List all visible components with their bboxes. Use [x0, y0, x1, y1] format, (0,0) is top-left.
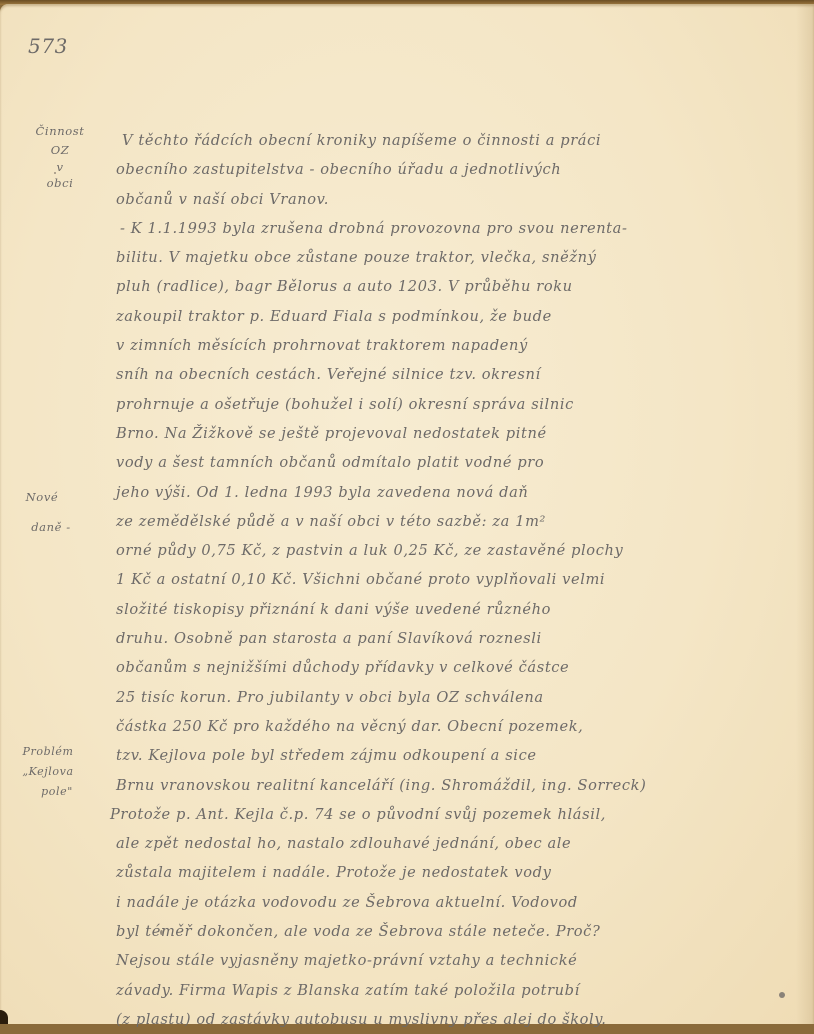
chronicle-body-text: V těchto řádcích obecní kroniky napíšeme…: [116, 126, 736, 1024]
text-line: ze zemědělské půdě a v naší obci v této …: [116, 507, 736, 536]
text-line: v zimních měsících prohrnovat traktorem …: [116, 331, 736, 360]
page-number: 573: [28, 34, 68, 58]
text-line: zakoupil traktor p. Eduard Fiala s podmí…: [116, 302, 736, 331]
margin-note-line: daně -: [2, 512, 82, 542]
margin-note-line: v: [20, 160, 100, 174]
paper-speck: [160, 930, 163, 935]
margin-note-line: Nové: [2, 482, 82, 512]
paper-speck: [779, 992, 785, 998]
margin-note-cinnost: Činnost OZ v obci: [20, 122, 100, 193]
text-line: i nadále je otázka vodovodu ze Šebrova a…: [116, 888, 736, 917]
text-line: Brnu vranovskou realitní kanceláří (ing.…: [116, 771, 736, 800]
text-line: 25 tisíc korun. Pro jubilanty v obci byl…: [116, 683, 736, 712]
text-line: Nejsou stále vyjasněny majetko-právní vz…: [116, 946, 736, 975]
text-line: ale zpět nedostal ho, nastalo zdlouhavé …: [116, 829, 736, 858]
page-edge-shadow: [796, 4, 814, 1024]
text-line: občanům s nejnižšími důchody přídavky v …: [116, 653, 736, 682]
text-line: sníh na obecních cestách. Veřejné silnic…: [116, 360, 736, 389]
text-line: jeho výši. Od 1. ledna 1993 byla zaveden…: [116, 478, 736, 507]
book-corner-shadow: [0, 1010, 8, 1024]
text-line: obecního zastupitelstva - obecního úřadu…: [116, 155, 736, 184]
text-line: (z plastu) od zastávky autobusu u mysliv…: [116, 1005, 736, 1024]
text-line: občanů v naší obci Vranov.: [116, 185, 736, 214]
margin-note-problem-kejlova-pole: Problém „Kejlova pole": [8, 742, 88, 802]
paper-speck: [54, 172, 56, 174]
text-line: složité tiskopisy přiznání k dani výše u…: [116, 595, 736, 624]
margin-note-line: obci: [20, 174, 100, 193]
text-line: Protože p. Ant. Kejla č.p. 74 se o původ…: [110, 800, 736, 829]
text-line: byl téměř dokončen, ale voda ze Šebrova …: [116, 917, 736, 946]
text-line: bilitu. V majetku obce zůstane pouze tra…: [116, 243, 736, 272]
margin-note-nove-dane: Nové daně -: [2, 482, 82, 542]
margin-note-line: OZ: [20, 141, 100, 160]
text-line: pluh (radlice), bagr Bělorus a auto 1203…: [116, 272, 736, 301]
text-line: orné půdy 0,75 Kč, z pastvin a luk 0,25 …: [116, 536, 736, 565]
text-line: zůstala majitelem i nadále. Protože je n…: [116, 858, 736, 887]
text-line: Brno. Na Žižkově se ještě projevoval ned…: [116, 419, 736, 448]
text-line: V těchto řádcích obecní kroniky napíšeme…: [116, 126, 736, 155]
text-line: druhu. Osobně pan starosta a paní Slavík…: [116, 624, 736, 653]
margin-note-line: Problém: [8, 742, 88, 762]
text-line: - K 1.1.1993 byla zrušena drobná provozo…: [116, 214, 736, 243]
text-line: závady. Firma Wapis z Blanska zatím také…: [116, 976, 736, 1005]
chronicle-page: 573 Činnost OZ v obci Nové daně - Problé…: [0, 4, 814, 1024]
margin-note-line: Činnost: [20, 122, 100, 141]
margin-note-line: pole": [8, 782, 88, 802]
margin-note-line: „Kejlova: [8, 762, 88, 782]
text-line: vody a šest tamních občanů odmítalo plat…: [116, 448, 736, 477]
text-line: tzv. Kejlova pole byl středem zájmu odko…: [116, 741, 736, 770]
text-line: prohrnuje a ošetřuje (bohužel i solí) ok…: [116, 390, 736, 419]
text-line: 1 Kč a ostatní 0,10 Kč. Všichni občané p…: [116, 565, 736, 594]
text-line: částka 250 Kč pro každého na věcný dar. …: [116, 712, 736, 741]
